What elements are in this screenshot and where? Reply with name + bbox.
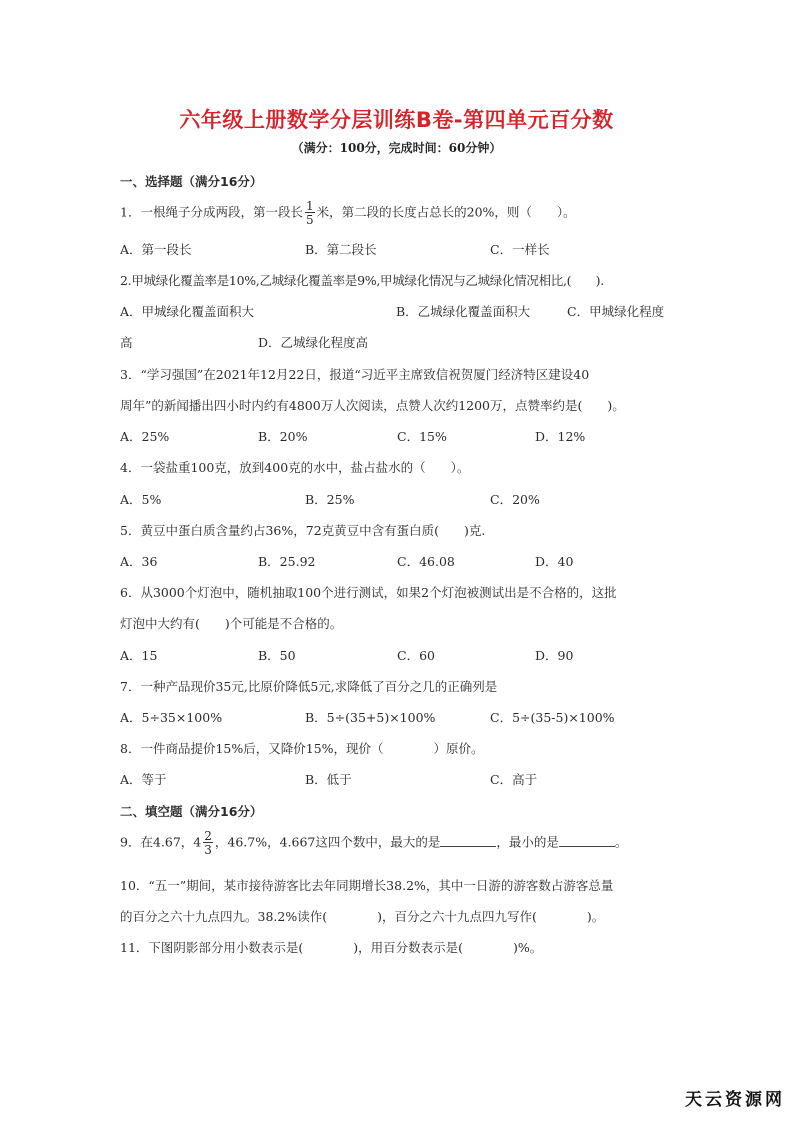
q6-option-c: C．60 (397, 646, 435, 664)
answer-blank-smallest[interactable] (559, 836, 615, 847)
page-title: 六年级上册数学分层训练B卷-第四单元百分数 (0, 104, 793, 134)
question-11: 11．下图阴影部分用小数表示是( )，用百分数表示是( )%。 (120, 938, 542, 956)
q7-option-a: A．5÷35×100% (120, 708, 222, 726)
question-8: 8．一件商品提价15%后，又降价15%，现价（ ）原价。 (120, 739, 484, 757)
question-5: 5．黄豆中蛋白质含量约占36%，72克黄豆中含有蛋白质( )克. (120, 521, 485, 539)
question-10-line-1: 10．“五一”期间，某市接待游客比去年同期增长38.2%，其中一日游的游客数占游… (120, 876, 613, 894)
exam-page: 六年级上册数学分层训练B卷-第四单元百分数 （满分：100分，完成时间：60分钟… (0, 0, 793, 1122)
mixed-number-whole: 4 (193, 835, 201, 850)
q8-option-c: C．高于 (490, 770, 537, 788)
question-3-line-1: 3．“学习强国”在2021年12月22日，报道“习近平主席致信祝贺厦门经济特区建… (120, 365, 589, 383)
q1-option-b: B．第二段长 (305, 240, 377, 258)
question-9-text-end: 。 (615, 835, 628, 850)
question-9: 9．在4.67，423，46.7%，4.667这四个数中，最大的是，最小的是。 (120, 830, 627, 856)
fraction-numerator: 2 (203, 830, 213, 843)
question-9-text-mid2: ，最小的是 (496, 835, 559, 850)
q5-option-d: D．40 (535, 552, 573, 570)
q5-option-a: A．36 (120, 552, 157, 570)
fraction-denominator: 5 (305, 213, 315, 226)
q2-option-d: D．乙城绿化程度高 (258, 333, 368, 351)
q4-option-c: C．20% (490, 490, 540, 508)
q4-option-b: B．25% (305, 490, 354, 508)
question-1-text-end: 米，第二段的长度占总长的20%，则（ ）。 (317, 205, 576, 220)
page-subtitle: （满分：100分，完成时间：60分钟） (0, 139, 793, 156)
q2-option-c-wrap: 高 (120, 333, 133, 351)
section-heading-fill: 二、填空题（满分16分） (120, 802, 262, 820)
q3-option-d: D．12% (535, 427, 585, 445)
q2-option-b: B．乙城绿化覆盖面积大 (396, 302, 530, 320)
fraction: 15 (305, 200, 315, 226)
q8-option-b: B．低于 (305, 770, 352, 788)
q2-option-c: C．甲城绿化程度 (567, 302, 664, 320)
q3-option-a: A．25% (120, 427, 169, 445)
q4-option-a: A．5% (120, 490, 161, 508)
q6-option-d: D．90 (535, 646, 573, 664)
watermark-logo: 天云资源网 (685, 1085, 785, 1110)
fraction: 23 (203, 830, 213, 856)
q8-option-a: A．等于 (120, 770, 167, 788)
q6-option-b: B．50 (258, 646, 296, 664)
q7-option-c: C．5÷(35-5)×100% (490, 708, 615, 726)
q5-option-b: B．25.92 (258, 552, 315, 570)
q6-option-a: A．15 (120, 646, 157, 664)
question-4: 4．一袋盐重100克，放到400克的水中，盐占盐水的（ ）。 (120, 458, 469, 476)
question-7: 7．一种产品现价35元,比原价降低5元,求降低了百分之几的正确列是 (120, 677, 497, 695)
question-6-line-1: 6．从3000个灯泡中，随机抽取100个进行测试，如果2个灯泡被测试出是不合格的… (120, 583, 617, 601)
q7-option-b: B．5÷(35+5)×100% (305, 708, 435, 726)
q2-option-a: A．甲城绿化覆盖面积大 (120, 302, 254, 320)
q3-option-b: B．20% (258, 427, 307, 445)
q1-option-c: C．一样长 (490, 240, 550, 258)
question-3-line-2: 周年”的新闻播出四小时内约有4800万人次阅读，点赞人次约1200万，点赞率约是… (120, 396, 625, 414)
question-9-text: 9．在4.67， (120, 835, 193, 850)
question-10-line-2: 的百分之六十九点四九。38.2%读作( )，百分之六十九点四九写作( )。 (120, 907, 604, 925)
q3-option-c: C．15% (397, 427, 447, 445)
question-9-text-mid: ，46.7%，4.667这四个数中，最大的是 (215, 835, 441, 850)
question-2: 2.甲城绿化覆盖率是10%,乙城绿化覆盖率是9%,甲城绿化情况与乙城绿化情况相比… (120, 271, 604, 289)
fraction-denominator: 3 (203, 843, 213, 856)
q5-option-c: C．46.08 (397, 552, 455, 570)
question-1-text: 1．一根绳子分成两段，第一段长 (120, 205, 303, 220)
answer-blank-largest[interactable] (440, 836, 496, 847)
fraction-numerator: 1 (305, 200, 315, 213)
q1-option-a: A．第一段长 (120, 240, 192, 258)
section-heading-choice: 一、选择题（满分16分） (120, 172, 262, 190)
question-6-line-2: 灯泡中大约有( )个可能是不合格的。 (120, 614, 342, 632)
question-1: 1．一根绳子分成两段，第一段长15米，第二段的长度占总长的20%，则（ ）。 (120, 200, 576, 226)
